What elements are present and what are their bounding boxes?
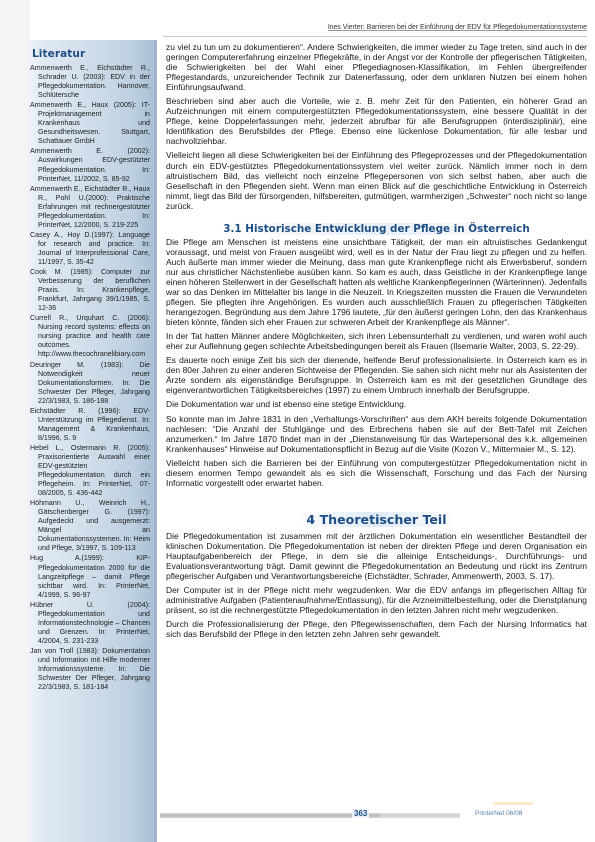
body-paragraph: Der Computer ist in der Pflege nicht meh… [166,585,587,615]
literature-title: Literatur [30,48,150,60]
main-text-column: zu viel zu tun um zu dokumentieren“. And… [166,42,587,643]
body-paragraph: Die Dokumentation war und ist ebenso ein… [166,399,587,409]
reference-item: Casey A., Hoy D.(1997): Language for res… [30,231,150,267]
reference-item: Hebel L., Ostermann R. (2005): Praxisori… [30,444,150,498]
footer-rule-right [380,813,460,818]
section-heading-3-1: 3.1 Historische Entwicklung der Pflege i… [166,223,587,235]
body-paragraph: Vielleicht liegen all diese Schwierigkei… [166,150,587,210]
reference-item: Cook M. (1985): Computer zur Verbesserun… [30,268,150,313]
reference-item: Deuringer M. (1983): Die Notwendigkeit n… [30,361,150,406]
section-heading-4: 4 Theoretischer Teil [166,512,587,527]
page-number: 363 [352,809,369,818]
footer-rule [160,813,412,818]
reference-item: Hübner U. (2004): Pflegedokumentation un… [30,601,150,646]
reference-item: Hug A.(1999): KIP-Pflegedokumentation 20… [30,554,150,599]
journal-name: PrinterNet 06/08 [475,810,522,817]
body-paragraph: Durch die Professionalisierung der Pfleg… [166,619,587,639]
body-paragraph: zu viel zu tun um zu dokumentieren“. And… [166,42,587,92]
journal-accent [493,802,533,805]
reference-item: Currell R., Urquhart C. (2006): Nursing … [30,314,150,359]
body-paragraph: Vielleicht haben sich die Barrieren bei … [166,458,587,488]
reference-item: Höhmann U., Weinrich H., Gätschenberger … [30,499,150,553]
page-margin [0,0,30,842]
reference-item: Ammenwerth E., Eichstädter R., Haux R., … [30,185,150,230]
body-paragraph: In der Tat hatten Männer andere Möglichk… [166,331,587,351]
header-rule [163,36,587,37]
running-header: Ines Vierter: Barrieren bei der Einführu… [328,24,587,31]
body-paragraph: Die Pflegedokumentation ist zusammen mit… [166,531,587,581]
reference-item: Ammenwerth E., Eichstädter R., Schrader … [30,64,150,100]
literature-sidebar: Literatur Ammenwerth E., Eichstädter R.,… [28,40,157,842]
body-paragraph: Es dauerte noch einige Zeit bis sich der… [166,355,587,395]
reference-item: Jan von Troll (1983): Dokumentation und … [30,647,150,692]
body-paragraph: Beschrieben sind aber auch die Vorteile,… [166,96,587,146]
reference-item: Eichstädter R. (1996): EDV-Unterstützung… [30,407,150,443]
body-paragraph: Die Pflege am Menschen ist meistens eine… [166,237,587,327]
reference-item: Ammenwerth E., Haux (2005): IT-Projektma… [30,101,150,146]
reference-item: Ammenwerth E. (2002): Auswirkungen EDV-g… [30,147,150,183]
body-paragraph: So konnte man im Jahre 1831 in den „Verh… [166,414,587,454]
